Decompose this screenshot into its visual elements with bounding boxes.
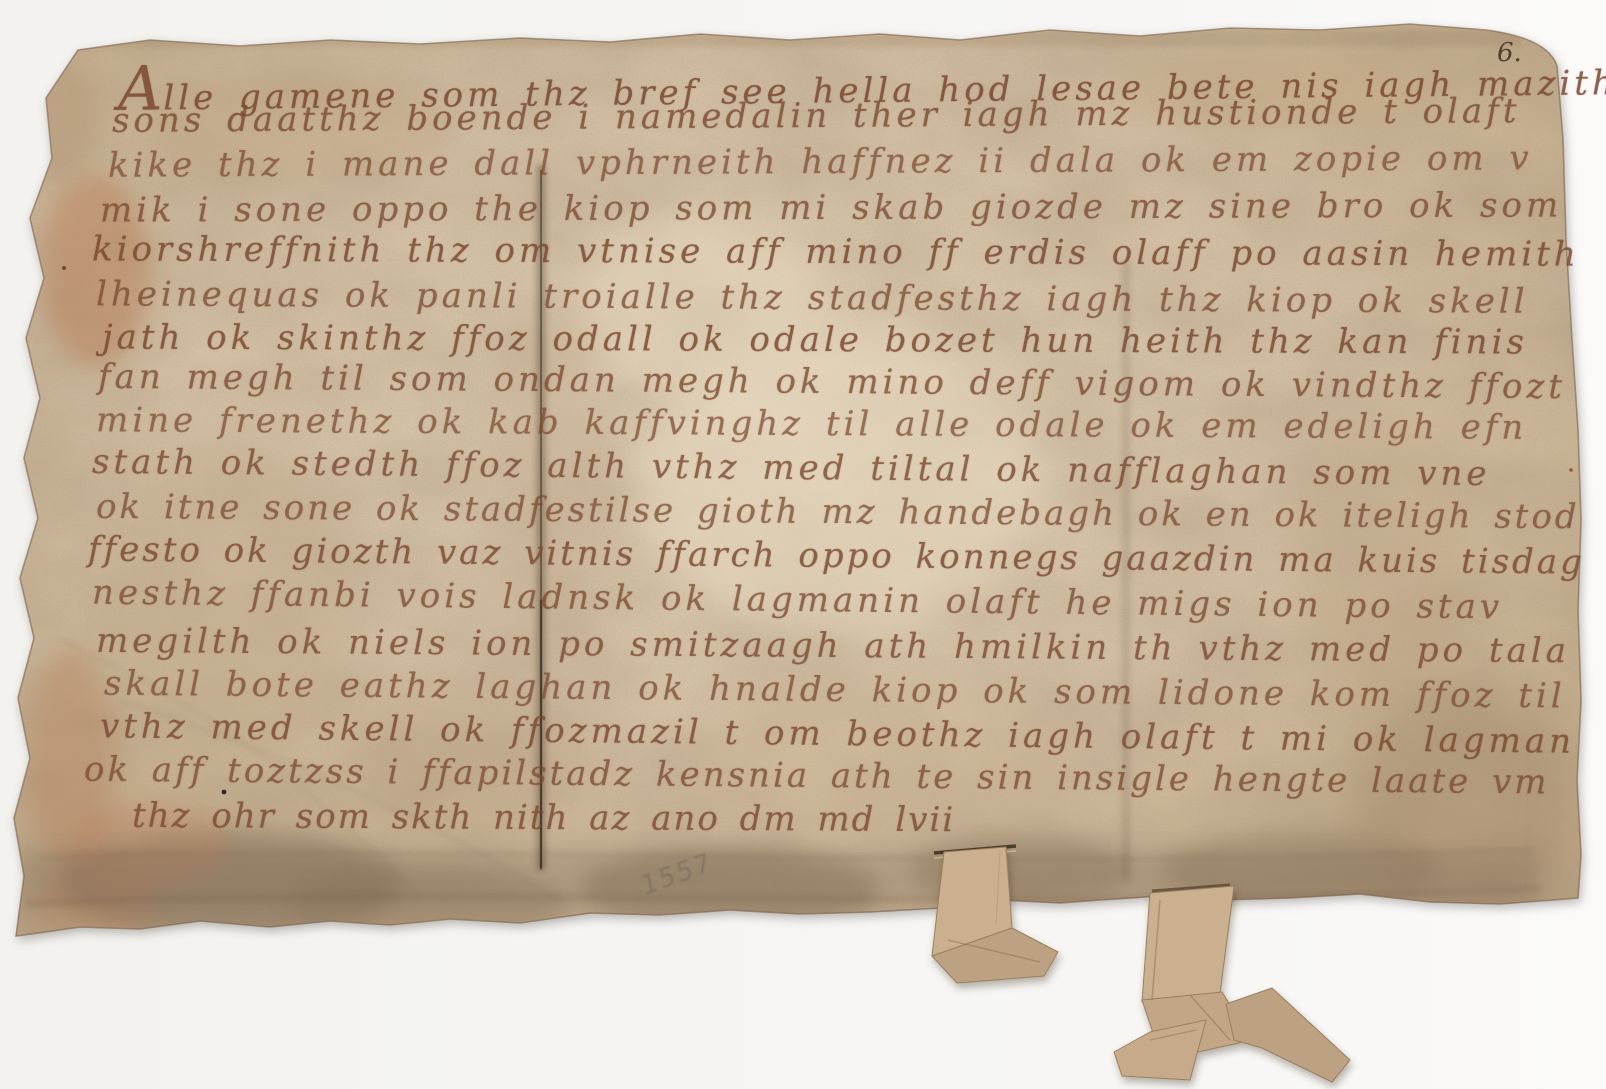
handwriting-layer: Alle gamene som thz bref see hella hod l… [0,0,1606,1089]
manuscript-line: stath ok stedth ffoz alth vthz med tilta… [92,442,1491,494]
manuscript-line: thz ohr som skth nith az ano dm md lvii [132,796,955,840]
manuscript-line: ok itne sone ok stadfestilse gioth mz ha… [96,487,1580,537]
manuscript-line: kiorshreffnith thz om vtnise aff mino ff… [92,229,1580,274]
manuscript-line: megilth ok niels ion po smitzaagh ath hm… [96,621,1570,671]
manuscript-line: lheinequas ok panli troialle thz stadfes… [96,274,1529,322]
manuscript-line: jath ok skinthz ffoz odall ok odale boze… [102,318,1528,363]
manuscript-line: mine frenethz ok kab kaffvinghz til alle… [96,400,1527,447]
manuscript-line: sons daatthz boende i namedalin ther iag… [112,91,1521,141]
manuscript-line: kike thz i mane dall vphrneith haffnez i… [108,138,1533,185]
scan-background: Alle gamene som thz bref see hella hod l… [0,0,1606,1089]
manuscript-line: mik i sone oppo the kiop som mi skab gio… [100,185,1562,230]
archival-number: 6. [1497,38,1522,68]
manuscript-line: nesthz ffanbi vois ladnsk ok lagmanin ol… [92,573,1503,628]
manuscript-line: fan megh til som ondan megh ok mino deff… [98,357,1566,407]
